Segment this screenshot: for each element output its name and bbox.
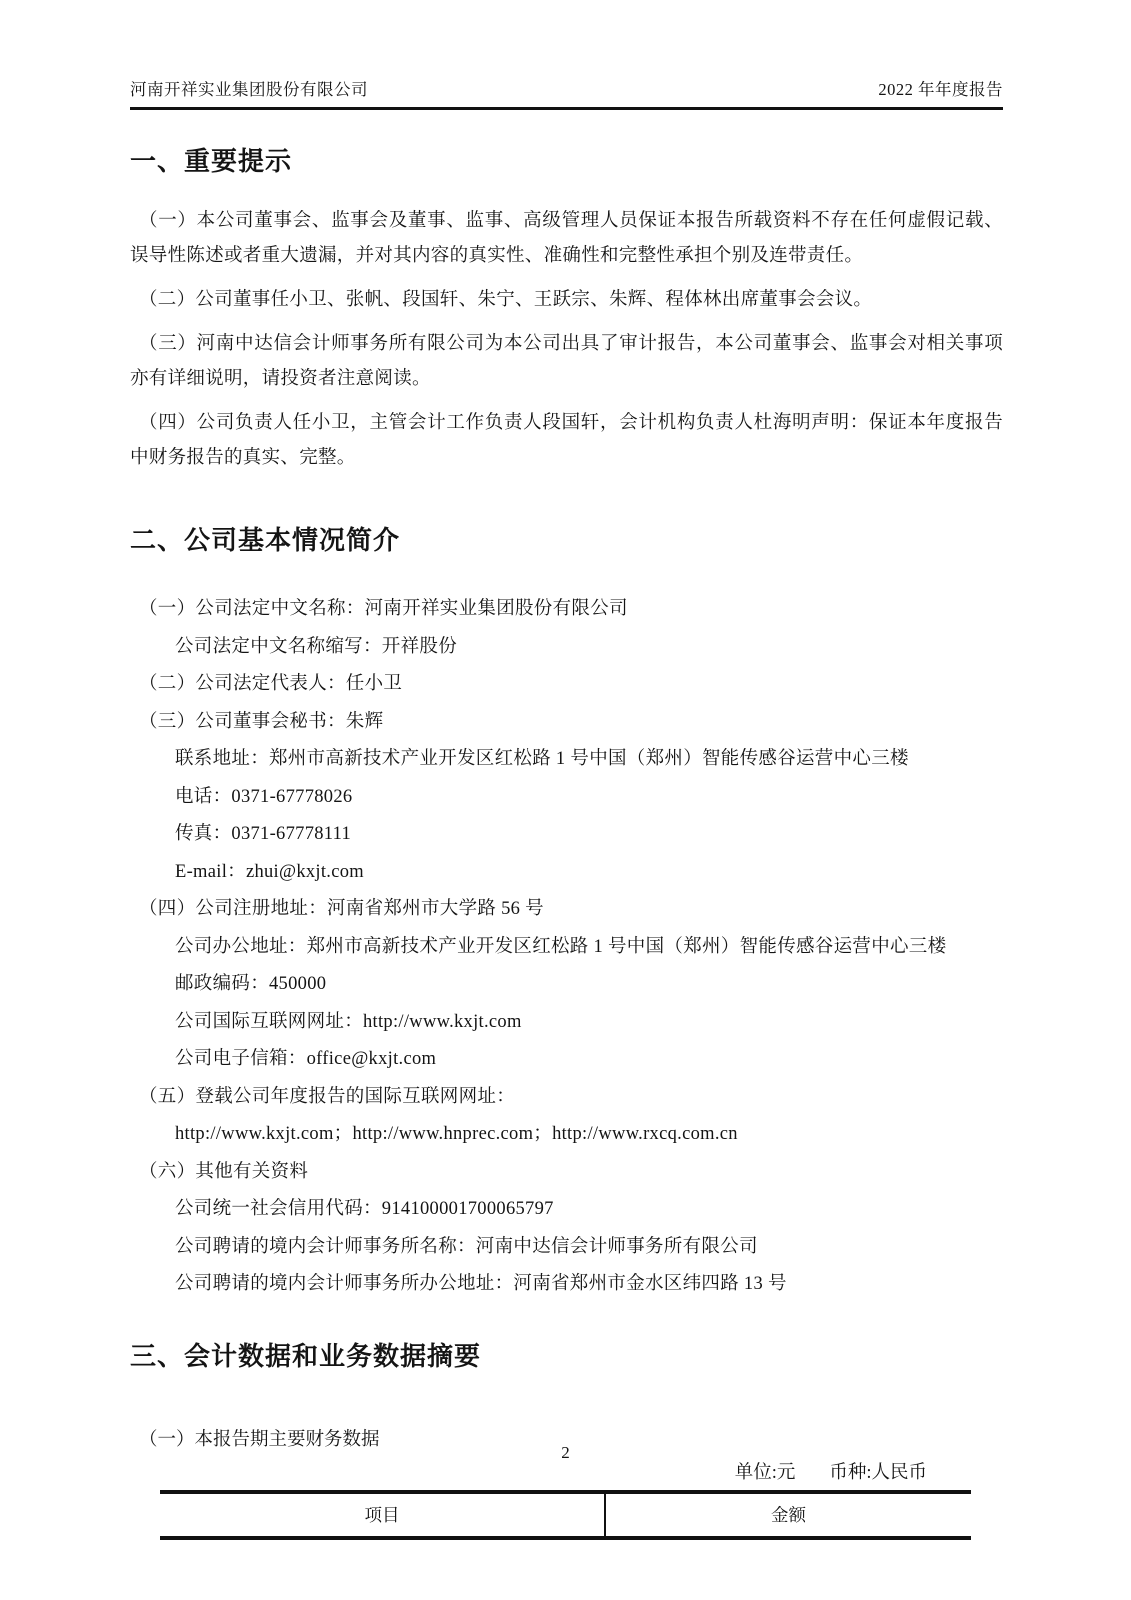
paragraph-audit-report: （三）河南中达信会计师事务所有限公司为本公司出具了审计报告，本公司董事会、监事会… bbox=[130, 327, 1003, 397]
info-line-email: E-mail：zhui@kxjt.com bbox=[130, 854, 1003, 892]
section-1-title: 一、重要提示 bbox=[130, 141, 1003, 178]
header-company-name: 河南开祥实业集团股份有限公司 bbox=[130, 76, 368, 100]
page-header: 河南开祥实业集团股份有限公司 2022 年年度报告 bbox=[130, 0, 1003, 110]
info-line-company-website: 公司国际互联网网址：http://www.kxjt.com bbox=[130, 1004, 1003, 1042]
section-2-body: （一）公司法定中文名称：河南开祥实业集团股份有限公司 公司法定中文名称缩写：开祥… bbox=[130, 591, 1003, 1304]
header-report-title: 2022 年年度报告 bbox=[878, 76, 1003, 100]
info-line-accounting-firm-name: 公司聘请的境内会计师事务所名称：河南中达信会计师事务所有限公司 bbox=[130, 1229, 1003, 1267]
page-content: 河南开祥实业集团股份有限公司 2022 年年度报告 一、重要提示 （一）本公司董… bbox=[130, 0, 1003, 1540]
section-1-body: （一）本公司董事会、监事会及董事、监事、高级管理人员保证本报告所载资料不存在任何… bbox=[130, 204, 1003, 476]
paragraph-board-guarantee: （一）本公司董事会、监事会及董事、监事、高级管理人员保证本报告所载资料不存在任何… bbox=[130, 204, 1003, 274]
section-2-title: 二、公司基本情况简介 bbox=[130, 520, 1003, 557]
info-line-company-email: 公司电子信箱：office@kxjt.com bbox=[130, 1041, 1003, 1079]
report-page: 河南开祥实业集团股份有限公司 2022 年年度报告 一、重要提示 （一）本公司董… bbox=[0, 0, 1131, 1600]
info-line-board-secretary: （三）公司董事会秘书：朱辉 bbox=[130, 704, 1003, 742]
info-line-accounting-firm-address: 公司聘请的境内会计师事务所办公地址：河南省郑州市金水区纬四路 13 号 bbox=[130, 1266, 1003, 1304]
section-3-title: 三、会计数据和业务数据摘要 bbox=[130, 1336, 1003, 1373]
info-line-name-abbreviation: 公司法定中文名称缩写：开祥股份 bbox=[130, 629, 1003, 667]
page-number: 2 bbox=[0, 1443, 1131, 1463]
info-line-telephone: 电话：0371-67778026 bbox=[130, 779, 1003, 817]
info-line-report-websites-urls: http://www.kxjt.com；http://www.hnprec.co… bbox=[130, 1116, 1003, 1154]
info-line-office-address: 公司办公地址：郑州市高新技术产业开发区红松路 1 号中国（郑州）智能传感谷运营中… bbox=[130, 929, 1003, 967]
paragraph-directors-attendance: （二）公司董事任小卫、张帆、段国轩、朱宁、王跃宗、朱辉、程体林出席董事会会议。 bbox=[130, 283, 1003, 318]
info-line-social-credit-code: 公司统一社会信用代码：914100001700065797 bbox=[130, 1191, 1003, 1229]
info-line-contact-address: 联系地址：郑州市高新技术产业开发区红松路 1 号中国（郑州）智能传感谷运营中心三… bbox=[130, 741, 1003, 779]
info-line-other-info-label: （六）其他有关资料 bbox=[130, 1154, 1003, 1192]
table-header-amount: 金额 bbox=[606, 1494, 971, 1536]
info-line-chinese-name: （一）公司法定中文名称：河南开祥实业集团股份有限公司 bbox=[130, 591, 1003, 629]
financial-data-table: 项目 金额 bbox=[160, 1490, 971, 1540]
info-line-legal-representative: （二）公司法定代表人：任小卫 bbox=[130, 666, 1003, 704]
paragraph-financial-statement-declaration: （四）公司负责人任小卫，主管会计工作负责人段国轩，会计机构负责人杜海明声明：保证… bbox=[130, 406, 1003, 476]
table-header-item: 项目 bbox=[160, 1494, 606, 1536]
info-line-report-websites-label: （五）登载公司年度报告的国际互联网网址： bbox=[130, 1079, 1003, 1117]
info-line-postal-code: 邮政编码：450000 bbox=[130, 966, 1003, 1004]
info-line-registered-address: （四）公司注册地址：河南省郑州市大学路 56 号 bbox=[130, 891, 1003, 929]
info-line-fax: 传真：0371-67778111 bbox=[130, 816, 1003, 854]
